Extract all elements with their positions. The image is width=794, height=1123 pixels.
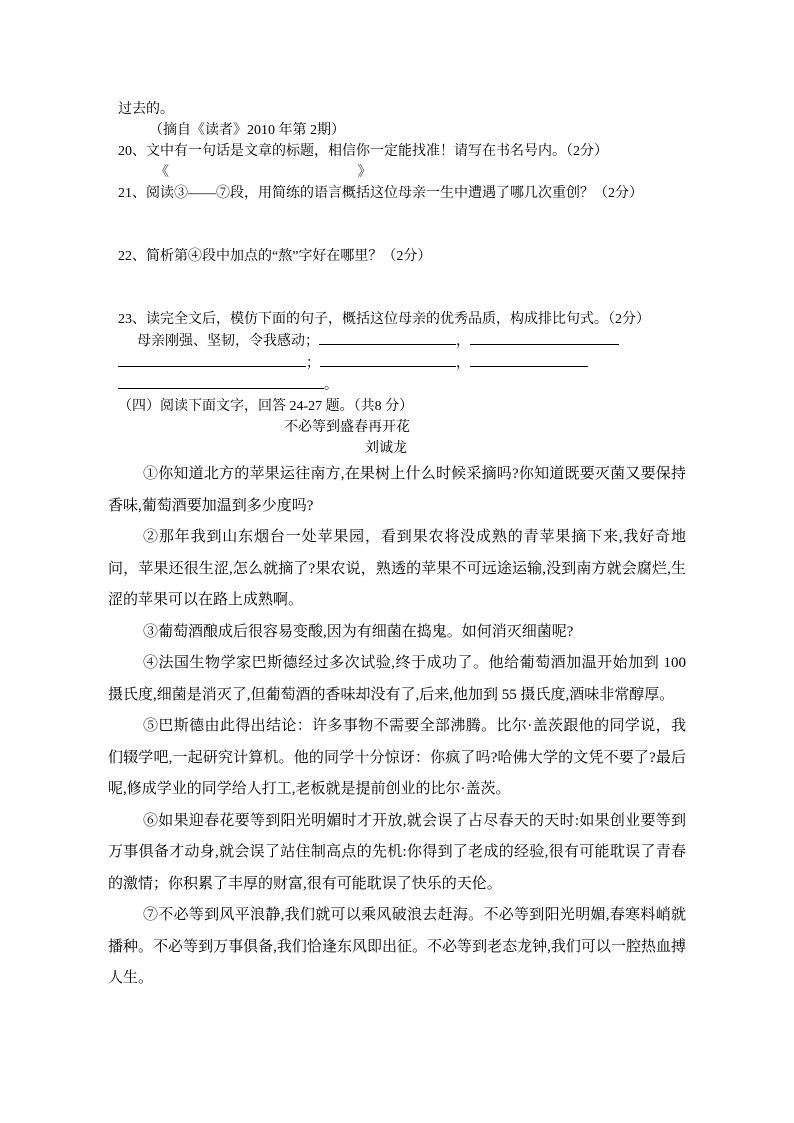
fill-separator-semicolon: ； bbox=[306, 356, 320, 371]
question-23: 23、读完全文后，模仿下面的句子，概括这位母亲的优秀品质，构成排比句式。（2分） bbox=[118, 309, 686, 330]
passage-author: 刘诚龙 bbox=[118, 438, 686, 459]
answer-blank bbox=[320, 352, 456, 367]
closing-line: 过去的。 bbox=[118, 99, 686, 120]
reading-passage: ①你知道北方的苹果运往南方,在果树上什么时候采摘吗?你知道既要灭菌又要保持香味,… bbox=[108, 459, 686, 995]
passage-paragraph-2: ②那年我到山东烟台一处苹果园，看到果农将没成熟的青苹果摘下来,我好奇地问，苹果还… bbox=[108, 522, 686, 617]
question-23-fill-line-3: 。 bbox=[118, 374, 686, 396]
passage-title: 不必等到盛春再开花 bbox=[118, 417, 686, 438]
passage-paragraph-7: ⑦不必等到风平浪静,我们就可以乘风破浪去赶海。不必等到阳光明媚,春寒料峭就播种。… bbox=[108, 900, 686, 995]
answer-space-q22 bbox=[118, 267, 686, 309]
fill-example-lead: 母亲刚强、坚韧，令我感动； bbox=[137, 334, 319, 349]
answer-blank bbox=[118, 374, 324, 389]
question-20-answer-brackets: 《 》 bbox=[118, 162, 686, 183]
passage-paragraph-3: ③葡萄酒酿成后很容易变酸,因为有细菌在捣鬼。如何消灭细菌呢? bbox=[108, 617, 686, 649]
exam-page: 过去的。 （摘自《读者》2010 年第 2期） 20、文中有一句话是文章的标题，… bbox=[0, 0, 794, 1123]
question-21: 21、阅读③——⑦段，用简练的语言概括这位母亲一生中遭遇了哪几次重创？（2分） bbox=[118, 183, 686, 204]
book-title-bracket-open: 《 bbox=[155, 165, 169, 180]
source-citation-line: （摘自《读者》2010 年第 2期） bbox=[118, 120, 686, 141]
question-22: 22、简析第④段中加点的“熬”字好在哪里？（2分） bbox=[118, 246, 686, 267]
answer-space-q21 bbox=[118, 204, 686, 246]
answer-blank bbox=[470, 330, 619, 345]
passage-paragraph-1: ①你知道北方的苹果运往南方,在果树上什么时候采摘吗?你知道既要灭菌又要保持香味,… bbox=[108, 459, 686, 522]
passage-paragraph-5: ⑤巴斯德由此得出结论：许多事物不需要全部沸腾。比尔·盖茨跟他的同学说，我们辍学吧… bbox=[108, 711, 686, 806]
question-20: 20、文中有一句话是文章的标题，相信你一定能找准！请写在书名号内。（2分） bbox=[118, 141, 686, 162]
passage-paragraph-4: ④法国生物学家巴斯德经过多次试验,终于成功了。他给葡萄酒加温开始加到 100 摄… bbox=[108, 648, 686, 711]
question-section: 过去的。 （摘自《读者》2010 年第 2期） 20、文中有一句话是文章的标题，… bbox=[118, 99, 686, 459]
fill-separator-period: 。 bbox=[324, 378, 338, 393]
question-23-fill-line-2: ；， bbox=[118, 352, 686, 374]
fill-separator-comma: ， bbox=[456, 334, 470, 349]
fill-separator-comma: ， bbox=[456, 356, 470, 371]
passage-paragraph-6: ⑥如果迎春花要等到阳光明媚时才开放,就会误了占尽春天的天时:如果创业要等到万事俱… bbox=[108, 806, 686, 901]
answer-blank bbox=[319, 330, 456, 345]
section-4-heading: （四）阅读下面文字，回答 24-27 题。（共8 分） bbox=[118, 396, 686, 417]
answer-blank bbox=[470, 352, 588, 367]
answer-blank bbox=[118, 352, 306, 367]
book-title-bracket-close: 》 bbox=[358, 162, 372, 183]
question-23-fill-line-1: 母亲刚强、坚韧，令我感动；， bbox=[118, 330, 686, 352]
